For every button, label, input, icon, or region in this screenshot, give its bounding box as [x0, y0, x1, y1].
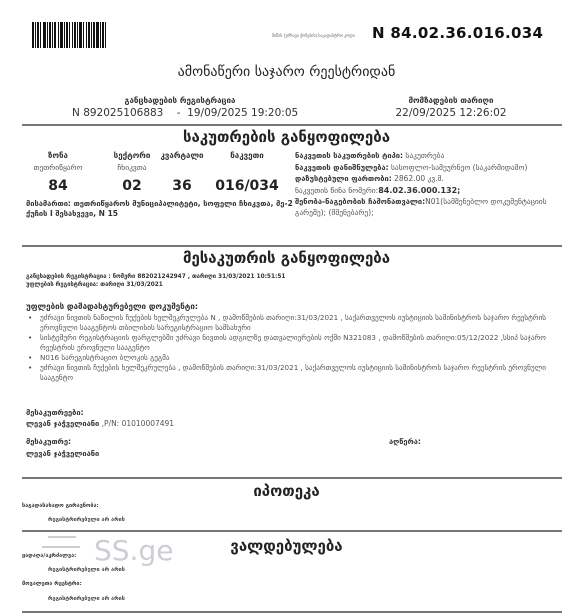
document-item: N016 სარეგისტრაციო ბლოკის გეგმა	[26, 353, 556, 363]
zone-header: ზონა	[23, 151, 93, 160]
quarter-header: კვარტალი	[147, 151, 217, 160]
document-item: უძრავი ნივთის ნაწილის ჩუქების ხელშეკრულე…	[26, 313, 556, 333]
cadastral-code-label: მიწის (უძრავი ქონების) საკადასტრო კოდი	[272, 33, 355, 38]
owners-label: მესაკუთრეები:	[26, 408, 84, 417]
application-registration-value: N 892025106883 - 19/09/2025 19:20:05	[72, 107, 298, 119]
rights-registration: უფლების რეგისტრაცია: თარიღი 31/03/2021	[26, 282, 163, 288]
preparation-date-value: 22/09/2025 12:26:02	[376, 107, 526, 119]
owner-application-registration: განცხადების რეგისტრაცია : ნომერი 8820212…	[26, 274, 285, 280]
divider	[22, 530, 562, 532]
divider	[22, 477, 562, 479]
cadastral-code: N 84.02.36.016.034	[372, 24, 543, 42]
owners-value: ლევან ჯაჭველიანი ,P/N: 01010007491	[26, 419, 174, 428]
previous-number-value: 84.02.36.000.132;	[378, 186, 460, 195]
parcel-header: ნაკვეთი	[212, 151, 282, 160]
document-item: სისტემური რეგისტრაციის ფარგლებში უძრავი …	[26, 333, 556, 353]
area-value: 2862.00 კვ.მ.	[394, 174, 444, 183]
barcode-icon	[32, 22, 128, 48]
property-info: ნაკვეთის საკუთრების ტიპი: საკუთრება ნაკვ…	[295, 151, 565, 219]
address-label: მისამართი:	[26, 199, 71, 208]
purpose-label: ნაკვეთის დანიშნულება:	[295, 163, 389, 172]
divider	[22, 245, 562, 247]
address: მისამართი: თეთრიწყაროს მუნიციპალიტეტი, ს…	[26, 199, 296, 219]
sector-sub: ჩხიკვთა	[97, 163, 167, 172]
owner-label: მესაკუთრე:	[26, 437, 71, 446]
tax-lien-label: საგადასახადო გირავნობა:	[22, 503, 99, 509]
document-title: ამონაწერი საჯარო რეესტრიდან	[0, 64, 573, 80]
parcel-value: 016/034	[207, 178, 287, 194]
owners-name: ლევან ჯაჭველიანი	[26, 419, 99, 428]
watermark: SS.ge	[34, 534, 174, 574]
preparation-date-label: მომზადების თარიღი	[376, 96, 526, 105]
purpose-value: სასოფლო-სამეურნეო (საკარმიდამო)	[391, 163, 527, 172]
zone-sub: თეთრიწყარო	[23, 163, 93, 172]
debtors-label: მოვალეთა რეესტრი:	[22, 581, 82, 587]
debtors-value: რეგისტრირებული არ არის	[48, 596, 125, 602]
zone-value: 84	[18, 178, 98, 194]
application-registration-label: განცხადების რეგისტრაცია	[60, 96, 300, 105]
tax-lien-value: რეგისტრირებული არ არის	[48, 517, 125, 523]
buildings-label: შენობა-ნაგებობის ჩამონათვალი:	[295, 197, 425, 206]
ownership-type-label: ნაკვეთის საკუთრების ტიპი:	[295, 151, 403, 160]
divider	[22, 124, 562, 126]
documents-title: უფლების დამადასტურებელი დოკუმენტი:	[26, 302, 198, 311]
mortgage-section-title: იპოთეკა	[0, 482, 573, 500]
documents-list: უძრავი ნივთის ნაწილის ჩუქების ხელშეკრულე…	[26, 313, 556, 383]
area-label: დაზუსტებული ფართობი:	[295, 174, 392, 183]
owner-name: ლევან ჯაჭველიანი	[26, 449, 99, 458]
document-item: უძრავი ნივთის ჩუქების ხელშეკრულება , დამ…	[26, 363, 556, 383]
owner-section-title: მესაკუთრის განყოფილება	[0, 249, 573, 267]
divider	[22, 611, 562, 613]
previous-number-label: ნაკვეთის წინა ნომერი:	[295, 186, 378, 195]
watermark-text: SS.ge	[94, 534, 173, 567]
property-section-title: საკუთრების განყოფილება	[0, 128, 573, 146]
ownership-type-value: საკუთრება	[405, 151, 444, 160]
owners-pn: ,P/N: 01010007491	[99, 419, 174, 428]
description-label: აღწერა:	[389, 437, 421, 446]
